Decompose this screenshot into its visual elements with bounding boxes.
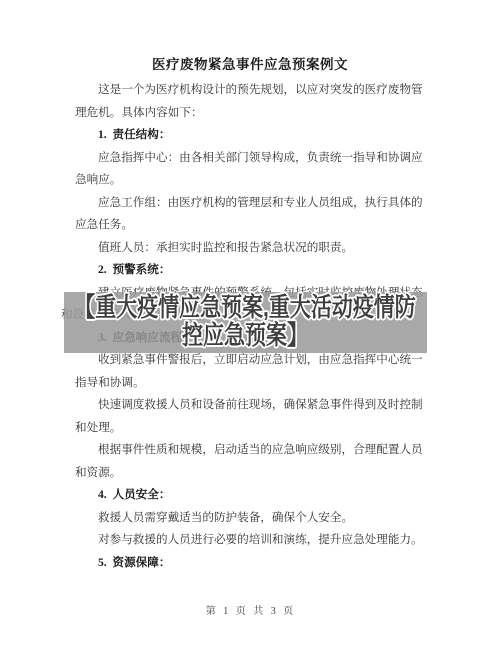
text-line: 理危机。具体内容如下： — [75, 102, 427, 125]
text-line: 应急任务。 — [75, 214, 427, 237]
section-heading: 2. 预警系统： — [75, 259, 427, 282]
section-heading: 5. 资源保障： — [75, 552, 427, 575]
document-title: 医疗废物紧急事件应急预案例文 — [0, 53, 500, 73]
section-heading: 1. 责任结构： — [75, 124, 427, 147]
text-line: 应急指挥中心：由各相关部门领导构成，负责统一指导和协调应 — [75, 147, 427, 170]
text-line: 这是一个为医疗机构设计的预先规划，以应对突发的医疗废物管 — [75, 79, 427, 102]
text-line: 值班人员：承担实时监控和报告紧急状况的职责。 — [75, 237, 427, 260]
page-number: 第 1 页 共 3 页 — [0, 602, 500, 617]
text-line: 应急工作组：由医疗机构的管理层和专业人员组成，执行具体的 — [75, 192, 427, 215]
text-line: 救援人员需穿戴适当的防护装备，确保个人安全。 — [75, 507, 427, 530]
text-line: 对参与救援的人员进行必要的培训和演练，提升应急处理能力。 — [75, 529, 427, 552]
text-line: 快速调度救援人员和设备前往现场，确保紧急事件得到及时控制 — [75, 394, 427, 417]
watermark-text: 【重大疫情应急预案,重大活动疫情防控应急预案】 — [67, 294, 422, 349]
section-heading: 4. 人员安全： — [75, 484, 427, 507]
text-line: 根据事件性质和规模，启动适当的应急响应级别，合理配置人员 — [75, 439, 427, 462]
text-line: 指导和协调。 — [75, 372, 427, 395]
text-line: 急响应。 — [75, 169, 427, 192]
text-line: 和处理。 — [75, 417, 427, 440]
text-line: 和资源。 — [75, 462, 427, 485]
document-page: 医疗废物紧急事件应急预案例文 这是一个为医疗机构设计的预先规划，以应对突发的医疗… — [0, 0, 500, 647]
